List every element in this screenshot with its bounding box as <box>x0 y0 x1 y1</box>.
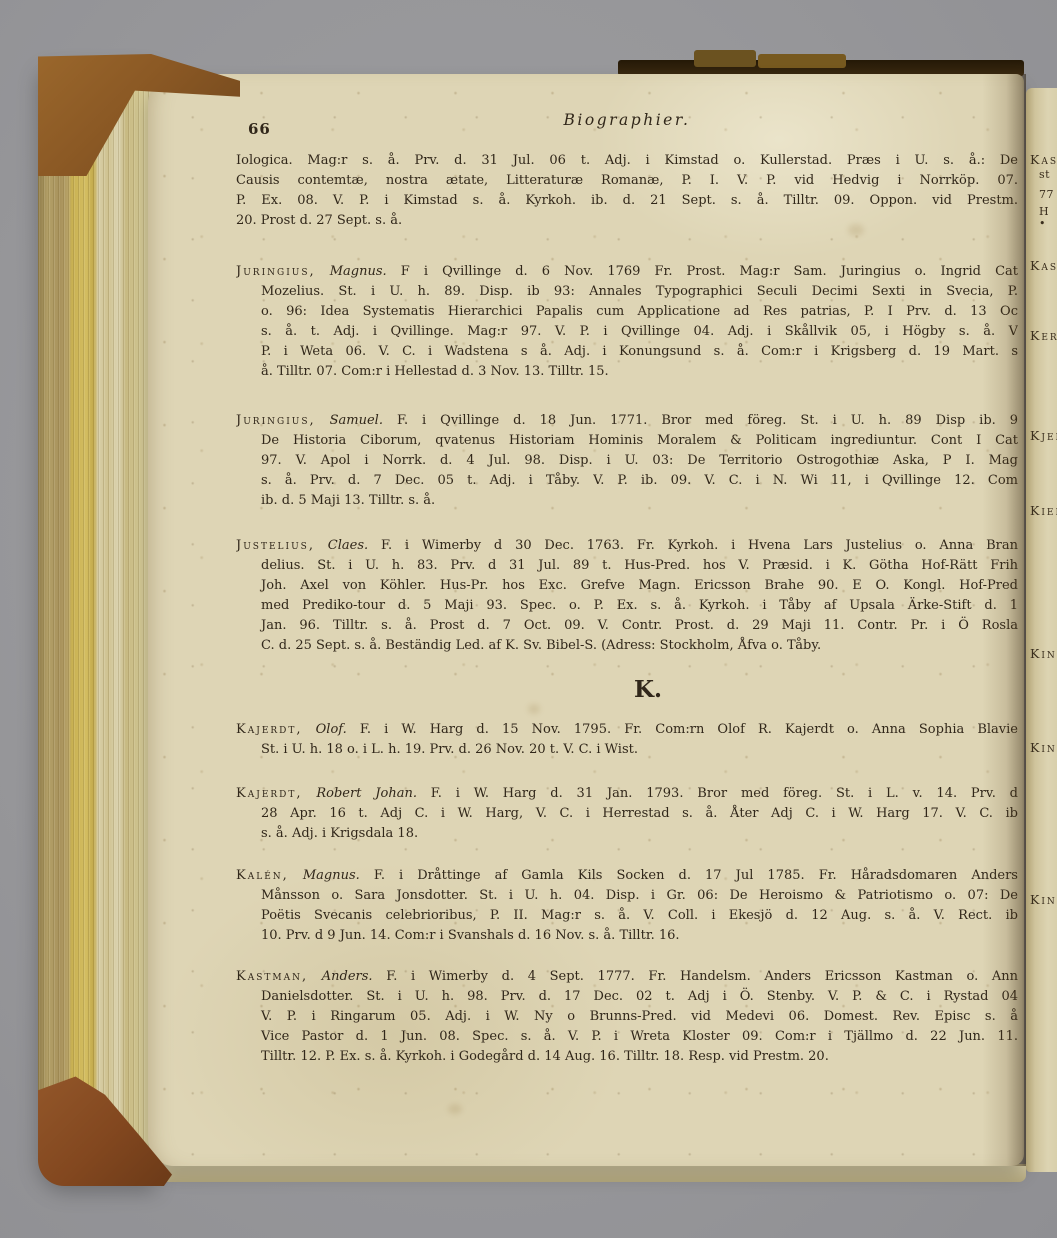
adjacent-page-text-fragment: Kast <box>1030 152 1057 167</box>
entry-kastman-anders: Kastman, Anders. F. i Wimerby d. 4 Sept.… <box>236 967 1018 1067</box>
entry-line: Vice Pastor d. 1 Jun. 08. Spec. s. å. V.… <box>236 1027 1018 1047</box>
entry-surname: Kastman, <box>236 969 308 984</box>
entry-line: De Historia Ciborum, qvatenus Historiam … <box>236 431 1018 451</box>
entry-line: 28 Apr. 16 t. Adj C. i W. Harg, V. C. i … <box>236 804 1018 824</box>
entry-surname: Juringius, <box>236 413 316 428</box>
entry-first-line: Juringius, Magnus. F i Qvillinge d. 6 No… <box>236 262 1018 282</box>
entry-line: 10. Prv. d 9 Jun. 14. Com:r i Svanshals … <box>236 926 1018 946</box>
foxing-spot <box>528 704 540 714</box>
entry-line: V. P. i Ringarum 05. Adj. i W. Ny o Brun… <box>236 1007 1018 1027</box>
entry-line: ib. d. 5 Maji 13. Tilltr. s. å. <box>236 491 1018 511</box>
adjacent-page-text-fragment: Kin <box>1030 892 1057 907</box>
entry-line: s. å. t. Adj. i Qvillinge. Mag:r 97. V. … <box>236 322 1018 342</box>
adjacent-page-text-fragment: Kinn <box>1030 740 1057 755</box>
entry-surname: Kalén, <box>236 868 289 883</box>
entry-text: F. i W. Harg d. 15 Nov. 1795. Fr. Com:rn… <box>360 722 1018 737</box>
adjacent-page-text-fragment: st <box>1039 168 1050 181</box>
entry-given-name: Anders. <box>322 969 373 984</box>
entry-line: å. Tilltr. 07. Com:r i Hellestad d. 3 No… <box>236 362 1018 382</box>
adjacent-page-text-fragment: Kast <box>1030 258 1057 273</box>
entry-line: delius. St. i U. h. 83. Prv. d 31 Jul. 8… <box>236 556 1018 576</box>
entry-given-name: Magnus. <box>330 264 387 279</box>
entry-given-name: Robert Johan. <box>316 786 417 801</box>
entry-line: Poëtis Svecanis celebrioribus, P. II. Ma… <box>236 906 1018 926</box>
book-page: 66 Biographier. Iologica. Mag:r s. å. Pr… <box>148 74 1024 1166</box>
entry-kajerdt-robert-johan: Kajerdt, Robert Johan. F. i W. Harg d. 3… <box>236 784 1018 844</box>
entry-first-line: Justelius, Claes. F. i Wimerby d 30 Dec.… <box>236 536 1018 556</box>
adjacent-page-text-fragment: Kini <box>1030 646 1057 661</box>
entry-line: St. i U. h. 18 o. i L. h. 19. Prv. d. 26… <box>236 740 1018 760</box>
entry-surname: Kajerdt, <box>236 786 303 801</box>
book-fore-edge-pages <box>38 60 156 1182</box>
entry-given-name: Olof. <box>316 722 347 737</box>
entry-surname: Juringius, <box>236 264 316 279</box>
entry-first-line: Kajerdt, Olof. F. i W. Harg d. 15 Nov. 1… <box>236 720 1018 740</box>
entry-surname: Kajerdt, <box>236 722 303 737</box>
running-header: Biographier. <box>236 111 1018 129</box>
book-cover-tab <box>694 50 756 67</box>
entry-line: 97. V. Apol i Norrk. d. 4 Jul. 98. Disp.… <box>236 451 1018 471</box>
entry-line: Joh. Axel von Köhler. Hus-Pr. hos Exc. G… <box>236 576 1018 596</box>
entry-kajerdt-olof: Kajerdt, Olof. F. i W. Harg d. 15 Nov. 1… <box>236 720 1018 760</box>
entry-juringius-magnus: Juringius, Magnus. F i Qvillinge d. 6 No… <box>236 262 1018 382</box>
adjacent-page-edge: Kast st 77 H • Kast Ker Kjel Kiel Kini K… <box>1026 88 1057 1172</box>
entry-line: Tilltr. 12. P. Ex. s. å. Kyrkoh. i Godeg… <box>236 1047 1018 1067</box>
adjacent-page-text-fragment: 77 <box>1039 188 1054 201</box>
adjacent-page-text-fragment: Kjel <box>1030 428 1057 443</box>
entry-line: Jan. 96. Tilltr. s. å. Prost d. 7 Oct. 0… <box>236 616 1018 636</box>
entry-given-name: Magnus. <box>303 868 360 883</box>
entry-first-line: Kalén, Magnus. F. i Dråttinge af Gamla K… <box>236 866 1018 886</box>
entry-line: Månsson o. Sara Jonsdotter. St. i U. h. … <box>236 886 1018 906</box>
entry-surname: Justelius, <box>236 538 315 553</box>
entry-text: F. i Wimerby d 30 Dec. 1763. Fr. Kyrkoh.… <box>381 538 1018 553</box>
entry-line: Mozelius. St. i U. h. 89. Disp. ib 93: A… <box>236 282 1018 302</box>
entry-line: C. d. 25 Sept. s. å. Beständig Led. af K… <box>236 636 1018 656</box>
entry-text: F. i W. Harg d. 31 Jan. 1793. Bror med f… <box>431 786 1018 801</box>
foxing-spot <box>448 1104 462 1114</box>
section-heading-k: K. <box>236 676 1018 703</box>
entry-line: P. i Weta 06. V. C. i Wadstena s å. Adj.… <box>236 342 1018 362</box>
entry-given-name: Samuel. <box>330 413 383 428</box>
entry-given-name: Claes. <box>328 538 368 553</box>
entry-first-line: Kastman, Anders. F. i Wimerby d. 4 Sept.… <box>236 967 1018 987</box>
adjacent-page-text-fragment: Ker <box>1030 328 1057 343</box>
entry-first-line: Juringius, Samuel. F. i Qvillinge d. 18 … <box>236 411 1018 431</box>
adjacent-page-text-fragment: Kiel <box>1030 503 1057 518</box>
entry-juringius-samuel: Juringius, Samuel. F. i Qvillinge d. 18 … <box>236 411 1018 511</box>
entry-line: 20. Prost d. 27 Sept. s. å. <box>236 211 1018 231</box>
entry-kalen-magnus: Kalén, Magnus. F. i Dråttinge af Gamla K… <box>236 866 1018 946</box>
entry-line: med Prediko-tour d. 5 Maji 93. Spec. o. … <box>236 596 1018 616</box>
entry-line: Danielsdotter. St. i U. h. 98. Prv. d. 1… <box>236 987 1018 1007</box>
entry-line: o. 96: Idea Systematis Hierarchici Papal… <box>236 302 1018 322</box>
entry-text: F i Qvillinge d. 6 Nov. 1769 Fr. Prost. … <box>401 264 1018 279</box>
entry-line: Iologica. Mag:r s. å. Prv. d. 31 Jul. 06… <box>236 151 1018 171</box>
entry-line: s. å. Prv. d. 7 Dec. 05 t. Adj. i Tåby. … <box>236 471 1018 491</box>
entry-line: Causis contemtæ, nostra ætate, Litteratu… <box>236 171 1018 191</box>
entry-text: F. i Qvillinge d. 18 Jun. 1771. Bror med… <box>397 413 1018 428</box>
entry-text: F. i Dråttinge af Gamla Kils Socken d. 1… <box>374 868 1018 883</box>
entry-line: P. Ex. 08. V. P. i Kimstad s. å. Kyrkoh.… <box>236 191 1018 211</box>
entry-justelius-claes: Justelius, Claes. F. i Wimerby d 30 Dec.… <box>236 536 1018 656</box>
book-cover-tab <box>758 54 846 68</box>
book-bottom-page-edge <box>150 1164 1026 1182</box>
entry-line: s. å. Adj. i Krigsdala 18. <box>236 824 1018 844</box>
entry-iologica-continuation: Iologica. Mag:r s. å. Prv. d. 31 Jul. 06… <box>236 151 1018 231</box>
entry-first-line: Kajerdt, Robert Johan. F. i W. Harg d. 3… <box>236 784 1018 804</box>
adjacent-page-text-fragment: • <box>1039 217 1046 230</box>
entry-text: F. i Wimerby d. 4 Sept. 1777. Fr. Handel… <box>386 969 1018 984</box>
